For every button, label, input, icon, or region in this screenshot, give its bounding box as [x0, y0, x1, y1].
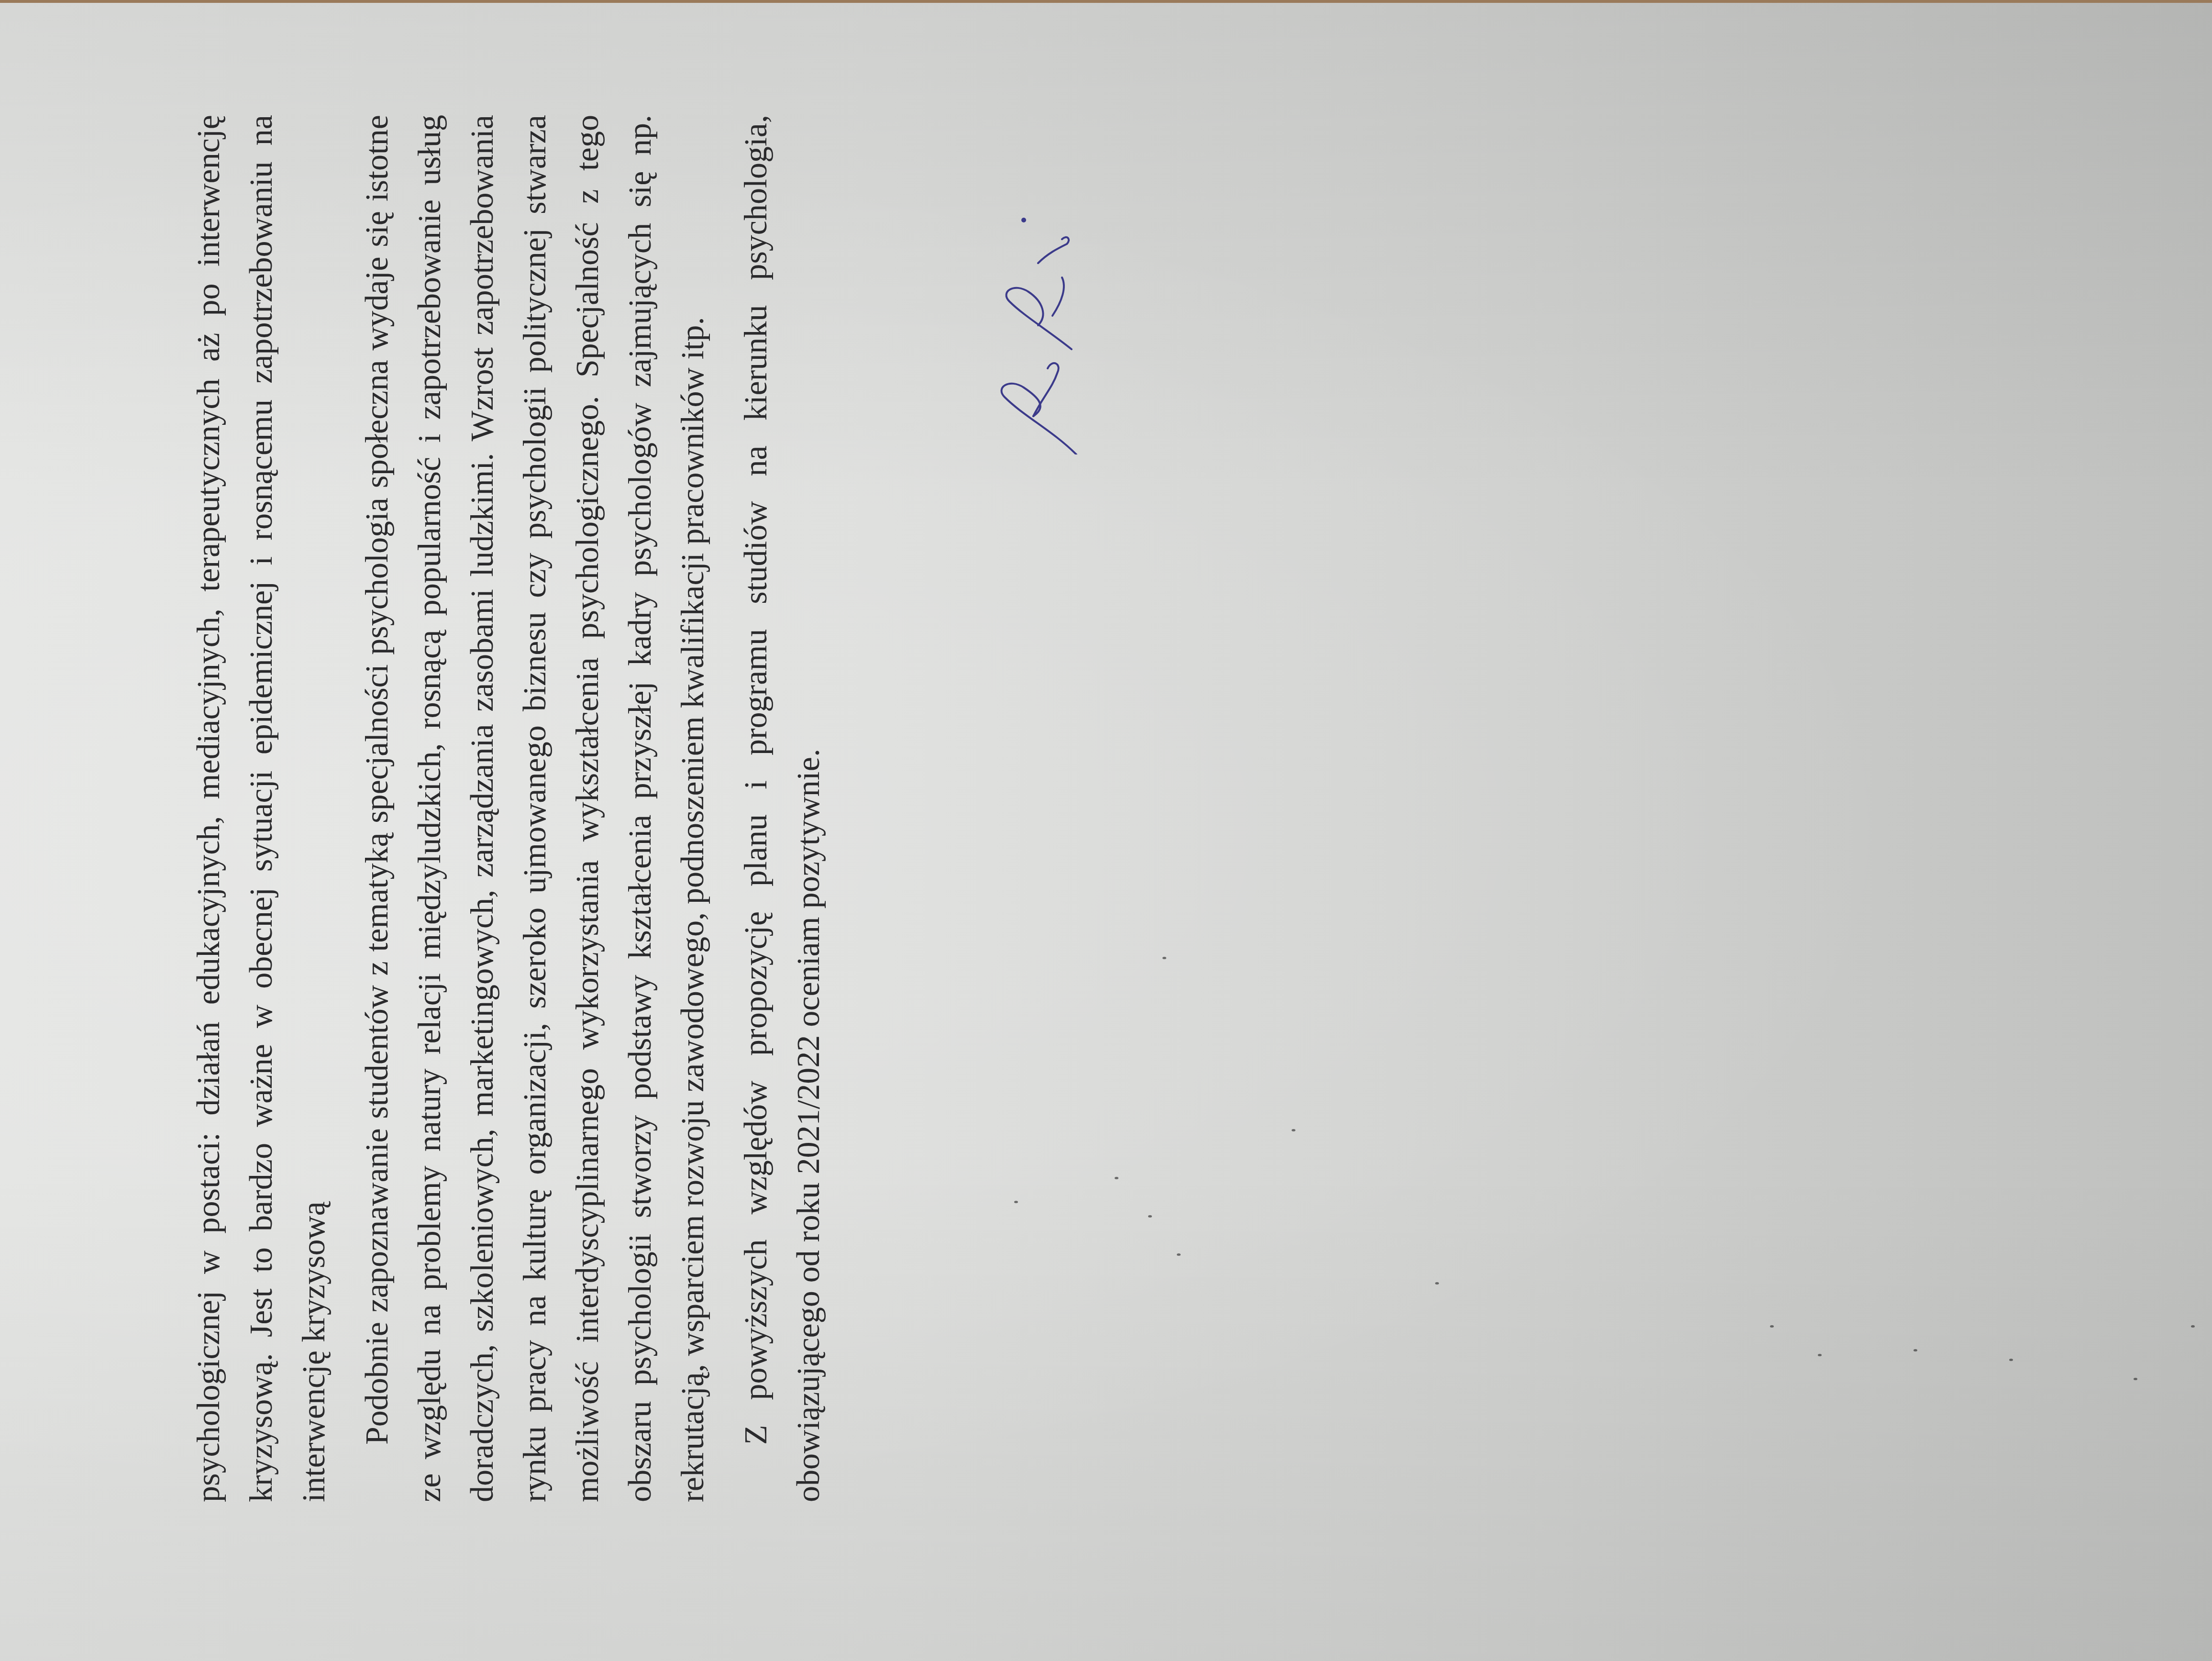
table-edge — [0, 0, 2212, 3]
paragraph-spacer — [719, 115, 729, 1502]
signature-icon — [995, 206, 1081, 454]
document-page: psychologicznej w postaci: działań eduka… — [182, 115, 834, 1502]
paragraph-spacer — [340, 115, 350, 1502]
paragraph-crisis-intervention: psychologicznej w postaci: działań eduka… — [182, 115, 340, 1502]
paragraph-social-psychology: Podobnie zapoznawanie studentów z tematy… — [350, 115, 719, 1502]
paragraph-conclusion: Z powyższych względów propozycję planu i… — [729, 115, 834, 1502]
